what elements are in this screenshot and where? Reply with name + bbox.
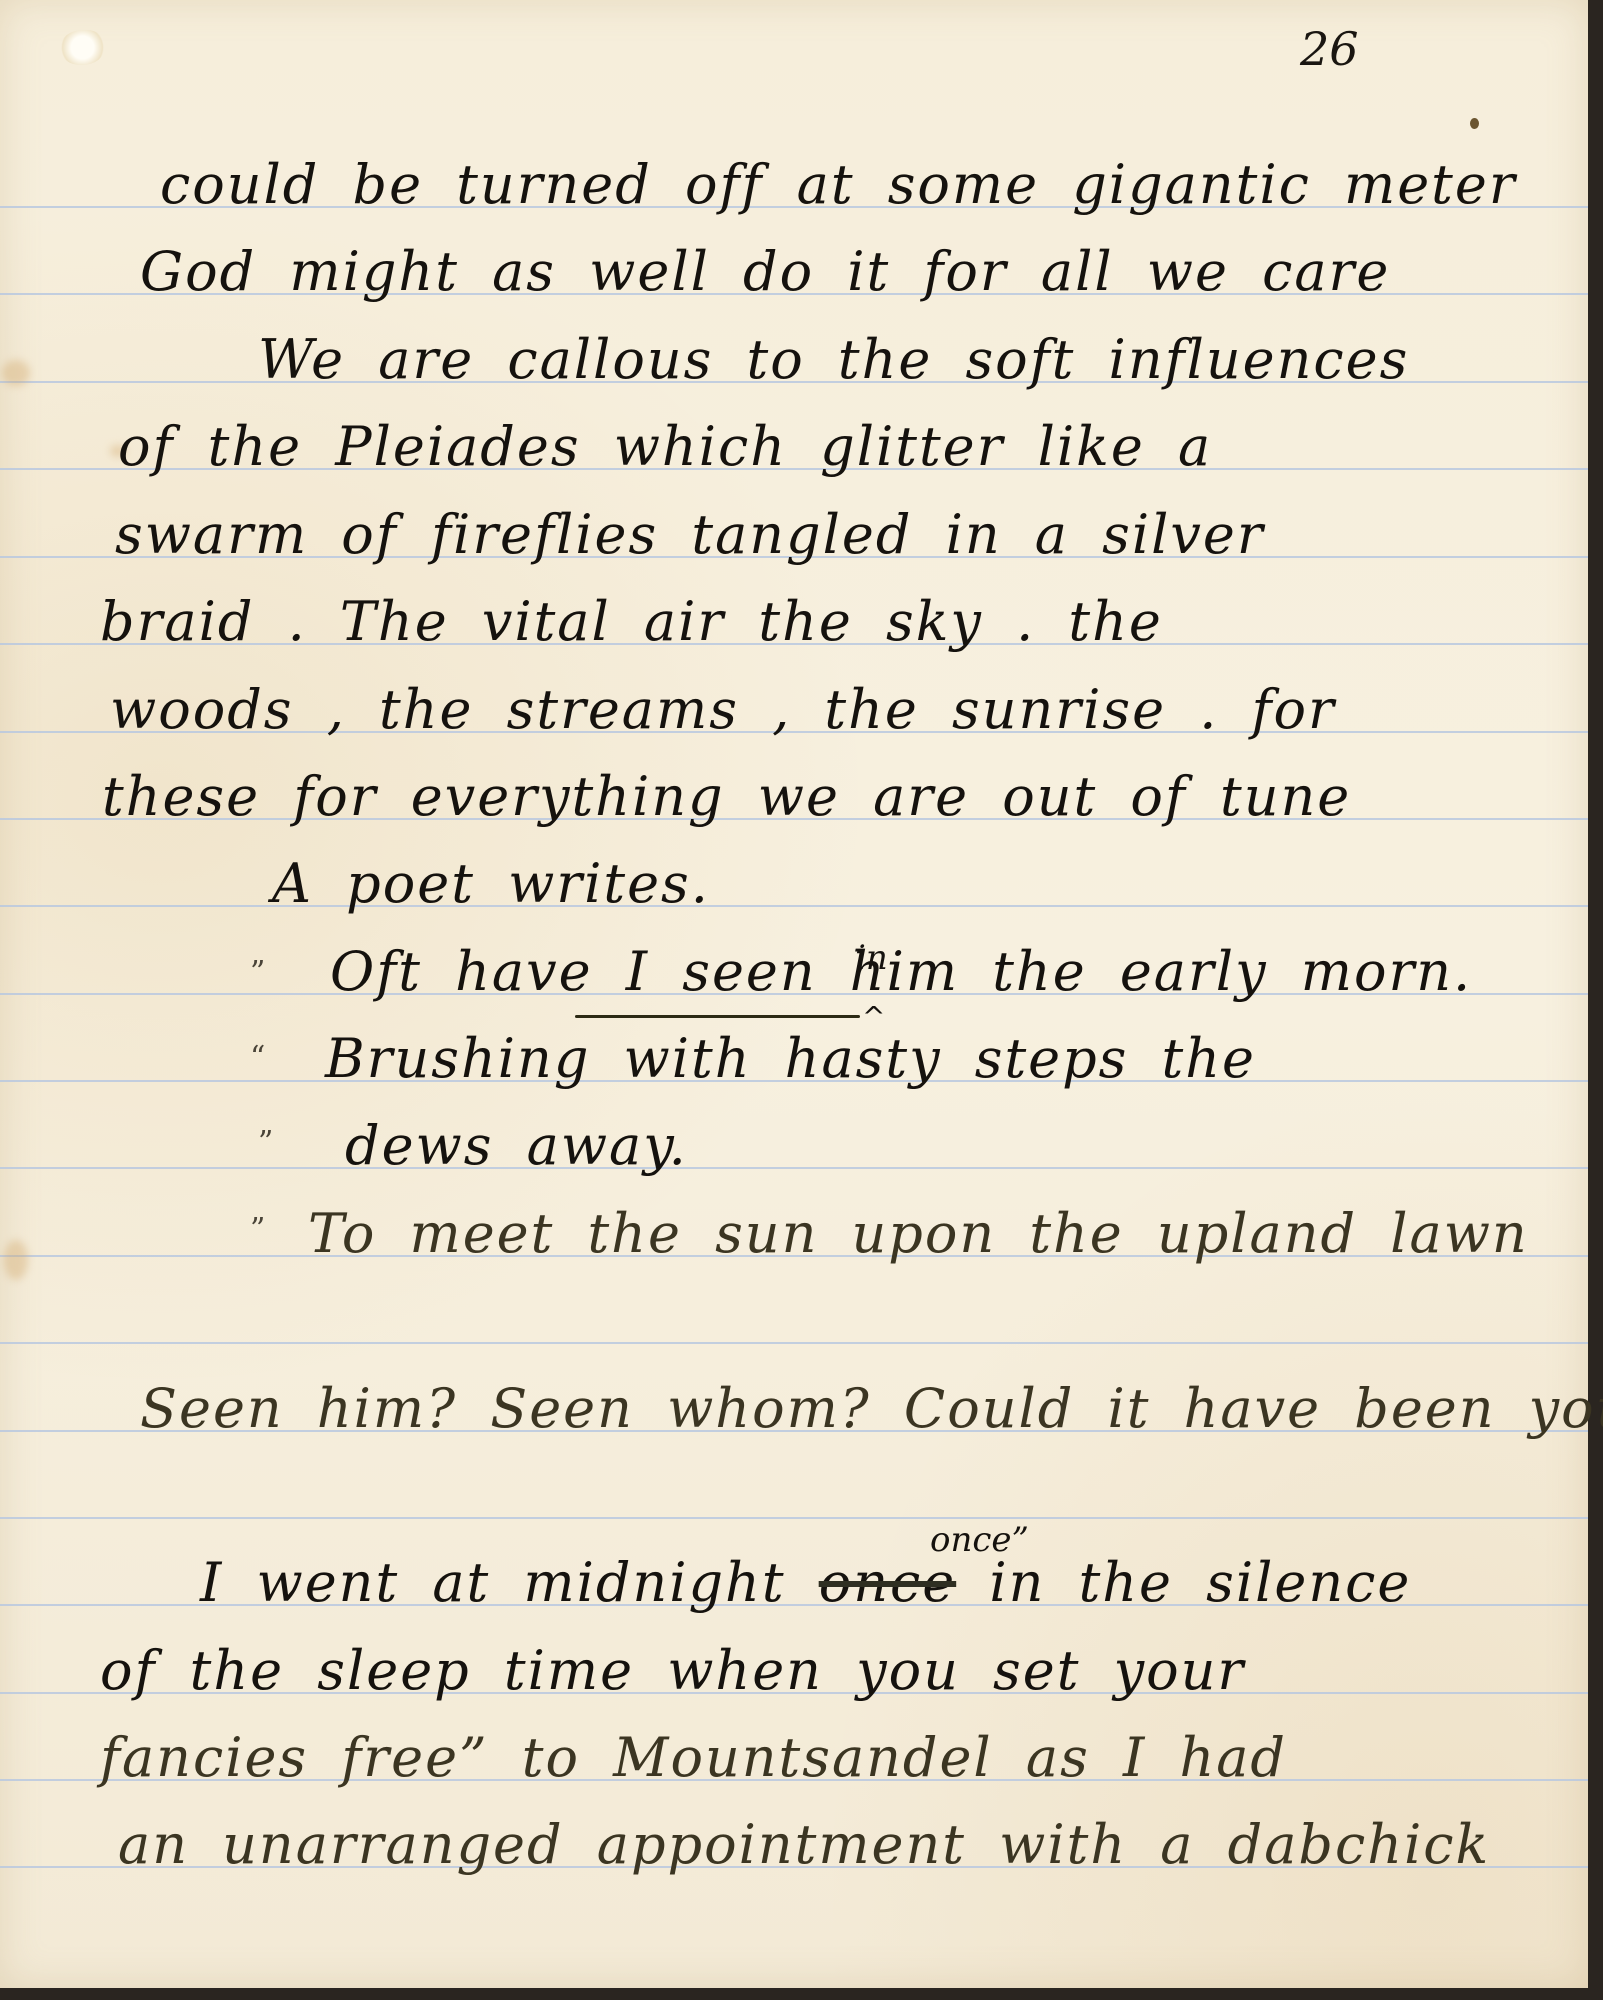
text-line: woods , the streams , the sunrise . for — [110, 683, 1336, 737]
text: I went at midnight — [200, 1551, 819, 1614]
paper-tear — [60, 30, 105, 65]
poem-line: Oft have I seen him the early morn. — [330, 945, 1472, 999]
underline-mark — [575, 1015, 860, 1018]
text-line: an unarranged appointment with a dabchic… — [118, 1818, 1490, 1872]
poem-line: dews away. — [345, 1119, 688, 1173]
text-line: I went at midnight once in the silence — [200, 1556, 1411, 1610]
text-line: these for everything we are out of tune — [102, 770, 1351, 824]
ditto-mark: “ — [250, 1040, 265, 1075]
text-line: God might as well do it for all we care — [140, 245, 1390, 299]
foxing-stain — [2, 360, 30, 386]
text-line: fancies free” to Mountsandel as I had — [100, 1731, 1287, 1785]
text-line: of the Pleiades which glitter like a — [118, 420, 1212, 474]
ink-spot — [1470, 118, 1479, 129]
manuscript-page: 26 could be turned off at some gigantic … — [0, 0, 1588, 1988]
poem-line: Brushing with hasty steps the — [325, 1032, 1256, 1086]
page-number: 26 — [1300, 22, 1359, 76]
ruled-line — [0, 905, 1588, 907]
ditto-mark: ” — [250, 955, 265, 990]
ruled-line — [0, 1342, 1588, 1344]
foxing-stain — [4, 1240, 28, 1280]
ditto-mark: ” — [258, 1125, 273, 1160]
inserted-word: once” — [930, 1520, 1029, 1560]
text-line: A poet writes. — [272, 857, 710, 911]
text-line: of the sleep time when you set your — [100, 1644, 1245, 1698]
text-line: could be turned off at some gigantic met… — [160, 158, 1517, 212]
text-line: braid . The vital air the sky . the — [100, 595, 1163, 649]
struck-word: once — [819, 1551, 957, 1614]
text-line: swarm of fireflies tangled in a silver — [115, 508, 1265, 562]
underlined-text: seen him — [682, 940, 959, 1003]
poem-text: the early morn. — [959, 940, 1472, 1003]
poem-text: Oft have I — [330, 940, 682, 1003]
poem-line: To meet the sun upon the upland lawn — [308, 1207, 1529, 1261]
ruled-line — [0, 1167, 1588, 1169]
text-line: We are callous to the soft influences — [258, 333, 1409, 387]
ruled-line — [0, 1517, 1588, 1519]
ditto-mark: ” — [250, 1212, 265, 1247]
inserted-word: in — [855, 938, 888, 978]
text: in the silence — [956, 1551, 1411, 1614]
text-line: Seen him? Seen whom? Could it have been … — [140, 1382, 1603, 1436]
